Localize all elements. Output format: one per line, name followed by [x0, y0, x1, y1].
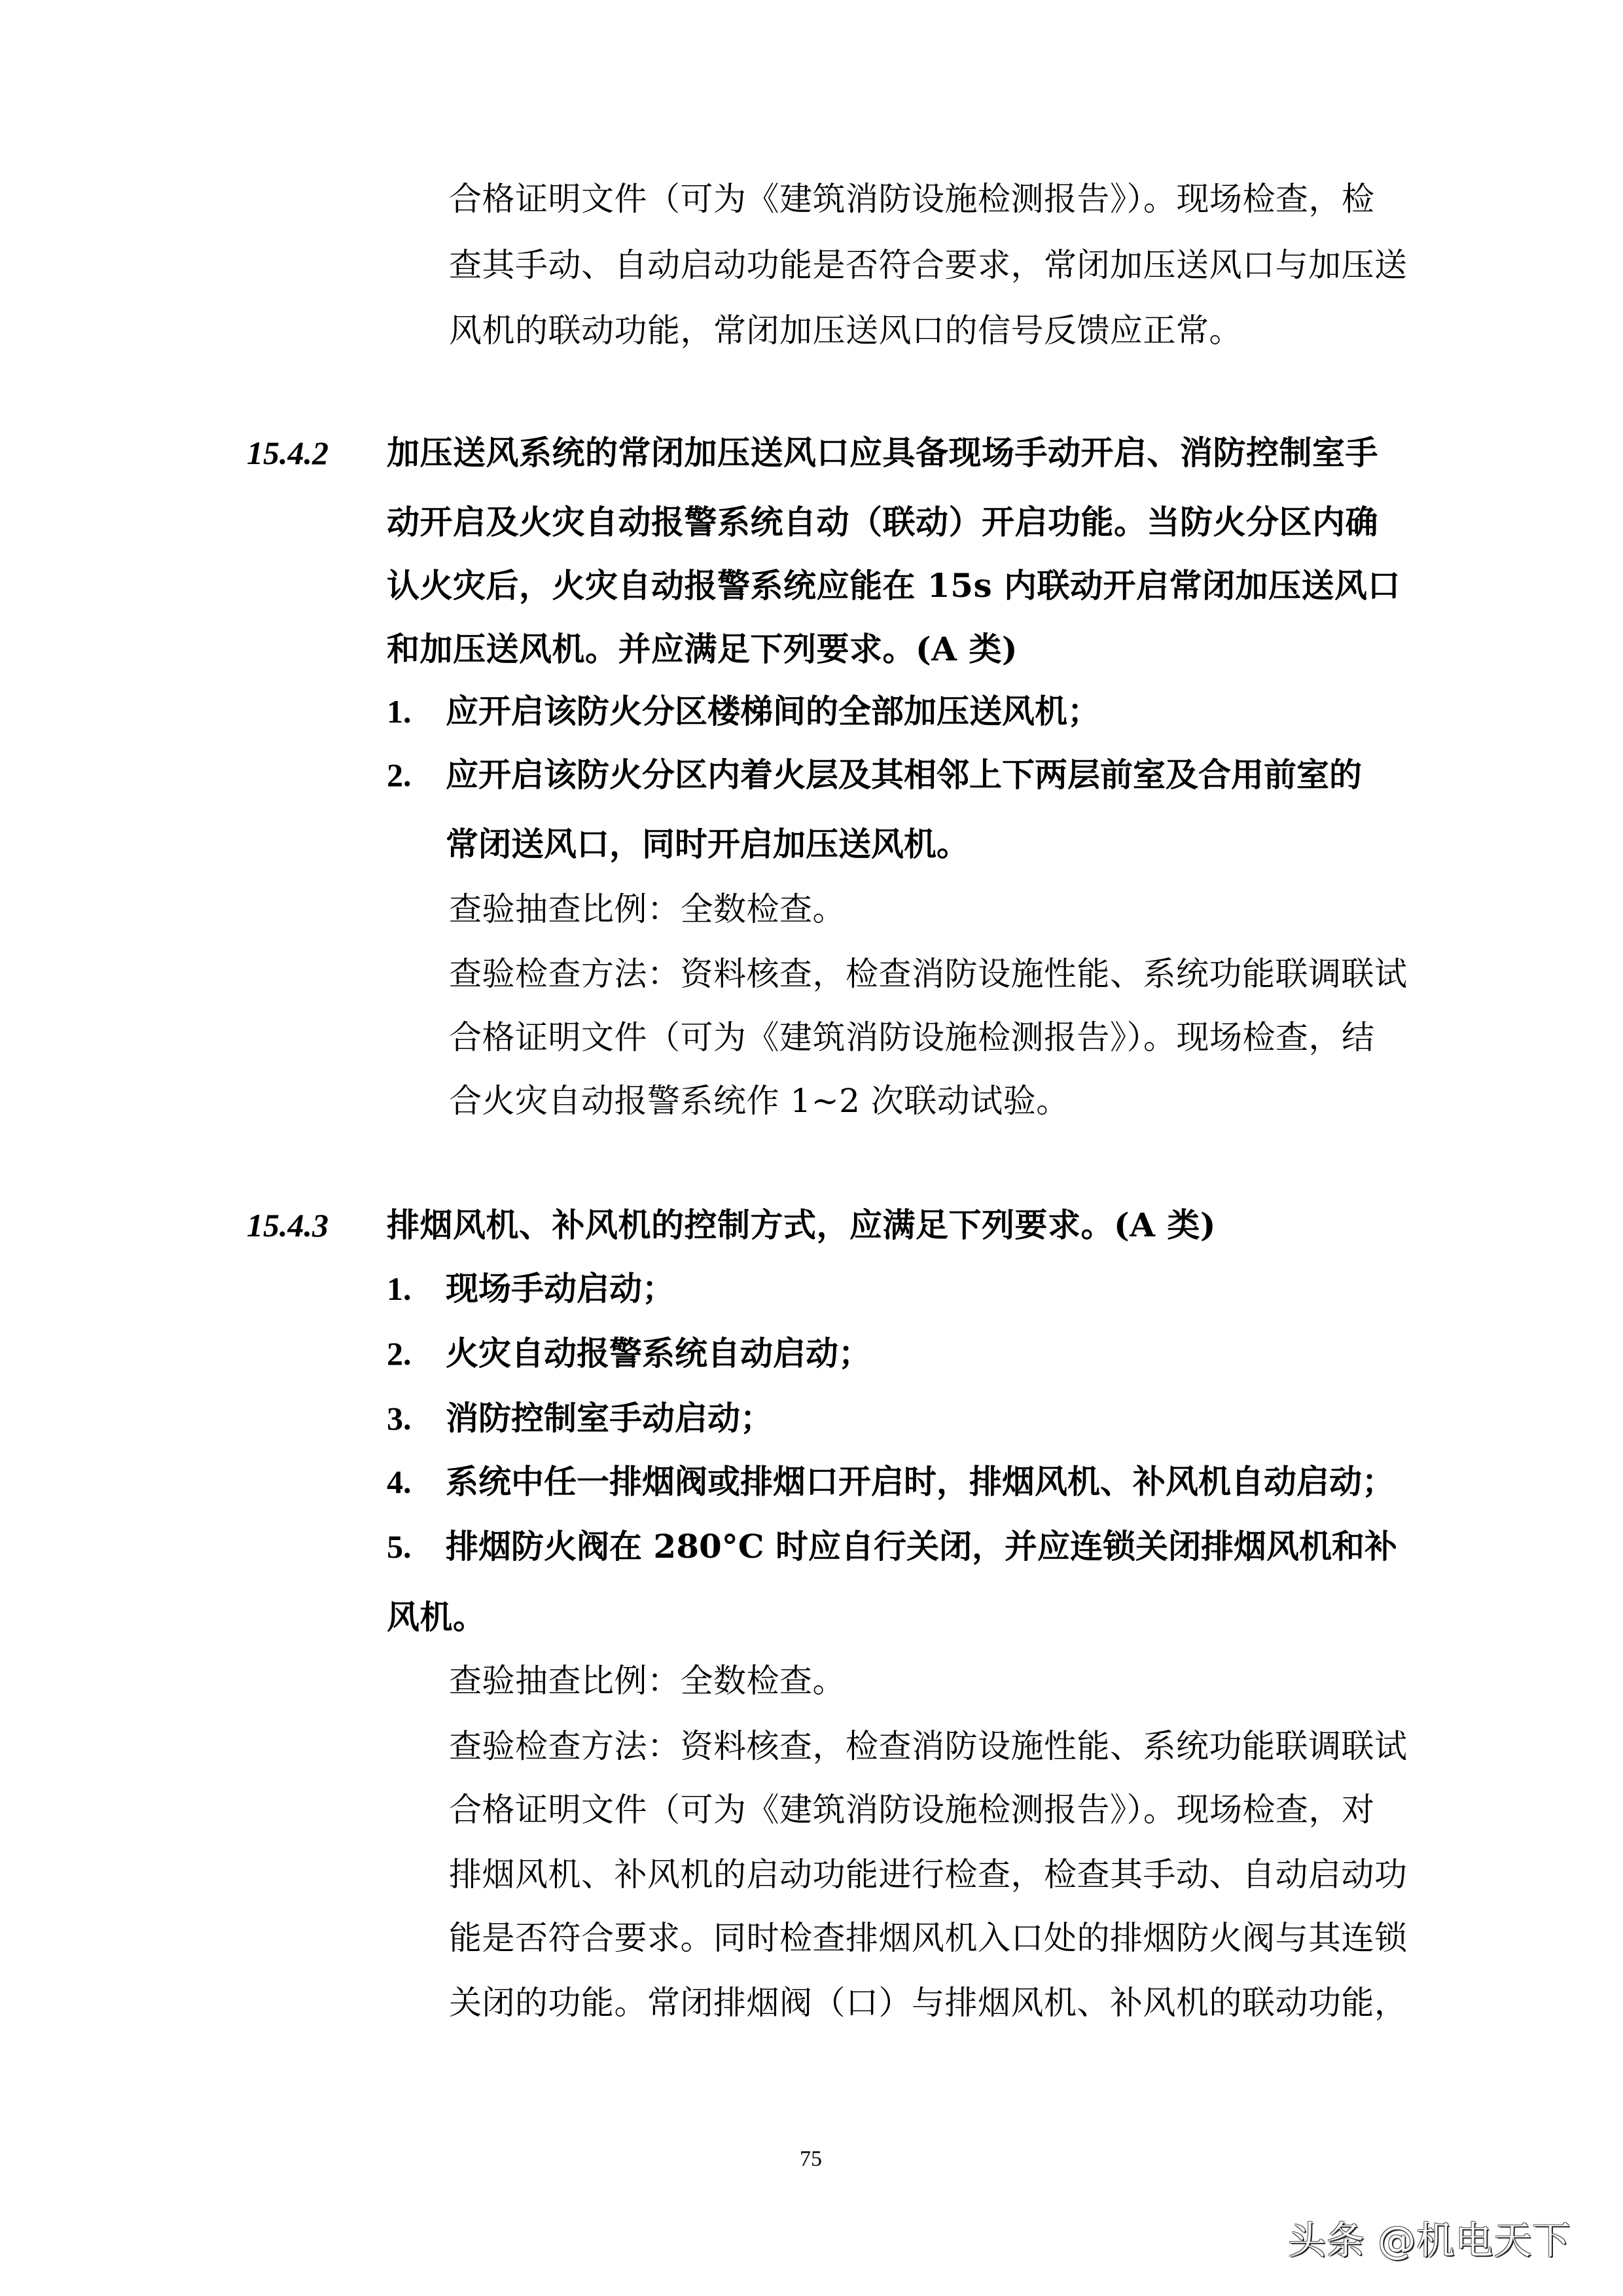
list-item-text: 排烟防火阀在 280°C 时应自行关闭，并应连锁关闭排烟风机和补: [446, 1527, 1397, 1566]
list-item-text: 系统中任一排烟阀或排烟口开启时，排烟风机、补风机自动启动；: [446, 1462, 1395, 1501]
list-item-text: 常闭送风口，同时开启加压送风机。: [446, 825, 969, 864]
clause-text-line: 加压送风系统的常闭加压送风口应具备现场手动开启、消防控制室手: [387, 433, 1378, 473]
clause-number: 15.4.2: [247, 433, 329, 473]
list-item-text: 应开启该防火分区内着火层及其相邻上下两层前室及合用前室的: [446, 755, 1362, 795]
list-item-text: 风机。: [387, 1598, 486, 1637]
list-item-number: 1.: [387, 1269, 412, 1308]
inspection-ratio: 查验抽查比例：全数检查。: [449, 1661, 846, 1700]
clause-text-line: 认火灾后，火灾自动报警系统应能在 15s 内联动开启常闭加压送风口: [387, 566, 1400, 605]
inspection-ratio: 查验抽查比例：全数检查。: [449, 889, 846, 929]
list-item-number: 1.: [387, 692, 412, 731]
inspection-method-line: 合火灾自动报警系统作 1~2 次联动试验。: [449, 1081, 1069, 1121]
list-item-number: 3.: [387, 1399, 412, 1438]
inspection-method-line: 合格证明文件（可为《建筑消防设施检测报告》）。现场检查，对: [449, 1790, 1375, 1829]
list-item-number: 2.: [387, 755, 412, 795]
list-item-text: 现场手动启动；: [446, 1269, 675, 1308]
watermark: 头条 @机电天下: [1288, 2217, 1571, 2263]
list-item-number: 4.: [387, 1462, 412, 1501]
inspection-method-line: 查验检查方法：资料核查，检查消防设施性能、系统功能联调联试: [449, 1727, 1408, 1766]
clause-number: 15.4.3: [247, 1206, 329, 1245]
list-item-text: 火灾自动报警系统自动启动；: [446, 1334, 871, 1373]
continuation-line: 查其手动、自动启动功能是否符合要求，常闭加压送风口与加压送: [449, 245, 1408, 285]
inspection-method-line: 合格证明文件（可为《建筑消防设施检测报告》）。现场检查，结: [449, 1018, 1375, 1057]
list-item-number: 5.: [387, 1527, 412, 1566]
clause-text-line: 和加压送风机。并应满足下列要求。(A 类): [387, 630, 1018, 669]
inspection-method-line: 关闭的功能。常闭排烟阀（口）与排烟风机、补风机的联动功能，: [449, 1983, 1408, 2022]
clause-text-line: 动开启及火灾自动报警系统自动（联动）开启功能。当防火分区内确: [387, 503, 1378, 542]
list-item-text: 应开启该防火分区楼梯间的全部加压送风机；: [446, 692, 1100, 731]
inspection-method-line: 排烟风机、补风机的启动功能进行检查，检查其手动、自动启动功: [449, 1855, 1408, 1894]
inspection-method-line: 能是否符合要求。同时检查排烟风机入口处的排烟防火阀与其连锁: [449, 1918, 1408, 1958]
inspection-method-line: 查验检查方法：资料核查，检查消防设施性能、系统功能联调联试: [449, 954, 1408, 994]
list-item-number: 2.: [387, 1334, 412, 1373]
continuation-line: 合格证明文件（可为《建筑消防设施检测报告》）。现场检查，检: [449, 179, 1375, 219]
clause-text-line: 排烟风机、补风机的控制方式，应满足下列要求。(A 类): [387, 1206, 1216, 1245]
page-number: 75: [800, 2147, 822, 2172]
list-item-text: 消防控制室手动启动；: [446, 1399, 773, 1438]
continuation-line: 风机的联动功能，常闭加压送风口的信号反馈应正常。: [449, 311, 1242, 350]
